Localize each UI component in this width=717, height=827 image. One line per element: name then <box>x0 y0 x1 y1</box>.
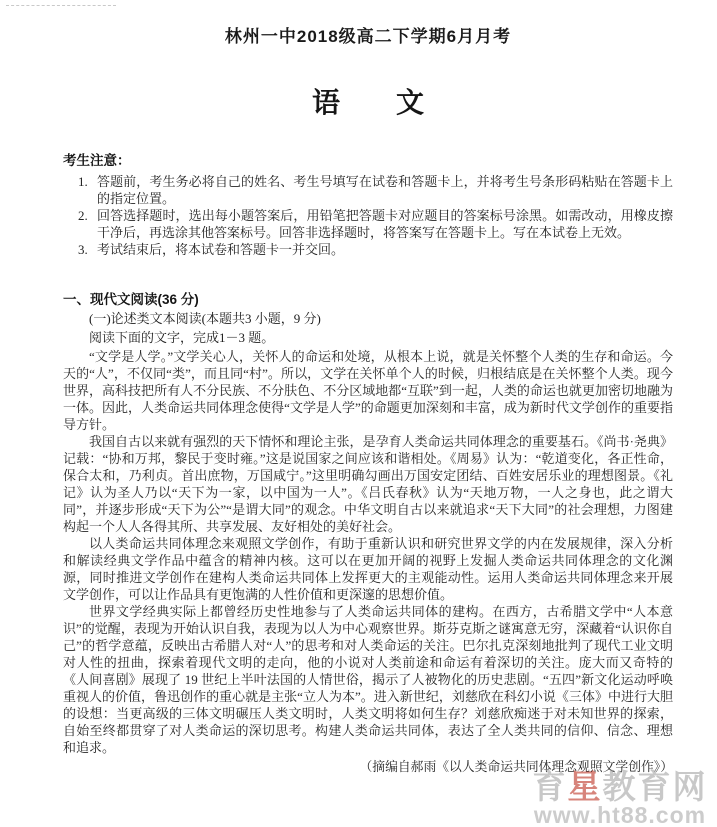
exam-title: 林州一中2018级高二下学期6月月考 <box>63 22 673 47</box>
watermark-site-url: www.ht88.com <box>525 804 715 827</box>
section-modern-text-reading: 一、现代文阅读(36 分) (一)论述类文本阅读(本题共3 小题，9 分) 阅读… <box>63 290 673 776</box>
passage-paragraph: 世界文学经典实际上都曾经历史性地参与了人类命运共同体的建构。在西方，古希腊文学中… <box>63 603 673 756</box>
section-instruction: 阅读下面的文字，完成1－3 题。 <box>63 328 673 347</box>
notice-item-text: 答题前，考生务必将自己的姓名、考生号填写在试卷和答题卡上，并将考生号条形码粘贴在… <box>97 173 673 207</box>
reading-passage: “文学是人学。”文学关心人，关怀人的命运和处境，从根本上说，就是关怀整个人类的生… <box>63 348 673 776</box>
passage-paragraph: “文学是人学。”文学关心人，关怀人的命运和处境，从根本上说，就是关怀整个人类的生… <box>63 348 673 433</box>
notice-item-text: 考试结束后，将本试卷和答题卡一并交回。 <box>97 241 673 258</box>
scan-artifact-line <box>6 5 116 6</box>
passage-paragraph: 我国自古以来就有强烈的天下情怀和理论主张，是孕育人类命运共同体理念的重要基石。《… <box>63 433 673 535</box>
notice-item: 3. 考试结束后，将本试卷和答题卡一并交回。 <box>78 241 673 258</box>
notice-list: 1. 答题前，考生务必将自己的姓名、考生号填写在试卷和答题卡上，并将考生号条形码… <box>78 173 673 258</box>
passage-attribution: （摘编自郝雨《以人类命运共同体理念观照文学创作》） <box>63 759 673 776</box>
candidate-notice: 考生注意： 1. 答题前，考生务必将自己的姓名、考生号填写在试卷和答题卡上，并将… <box>63 149 673 258</box>
passage-paragraph: 以人类命运共同体理念来观照文学创作，有助于重新认识和研究世界文学的内在发展规律，… <box>63 535 673 603</box>
notice-item: 2. 回答选择题时，选出每小题答案后，用铅笔把答题卡对应题目的答案标号涂黑。如需… <box>78 207 673 241</box>
notice-item-number: 3. <box>78 241 97 258</box>
notice-item-number: 1. <box>78 173 97 207</box>
notice-item-text: 回答选择题时，选出每小题答案后，用铅笔把答题卡对应题目的答案标号涂黑。如需改动，… <box>97 207 673 241</box>
exam-paper-page: 林州一中2018级高二下学期6月月考 语 文 考生注意： 1. 答题前，考生务必… <box>0 0 717 827</box>
notice-item-number: 2. <box>78 207 97 241</box>
subject-title: 语 文 <box>63 81 673 121</box>
site-watermark: 育星教育网 www.ht88.com <box>525 770 715 827</box>
section-heading: 一、现代文阅读(36 分) <box>63 290 673 309</box>
section-subheading: (一)论述类文本阅读(本题共3 小题，9 分) <box>63 309 673 328</box>
notice-heading: 考生注意： <box>63 149 673 169</box>
notice-item: 1. 答题前，考生务必将自己的姓名、考生号填写在试卷和答题卡上，并将考生号条形码… <box>78 173 673 207</box>
